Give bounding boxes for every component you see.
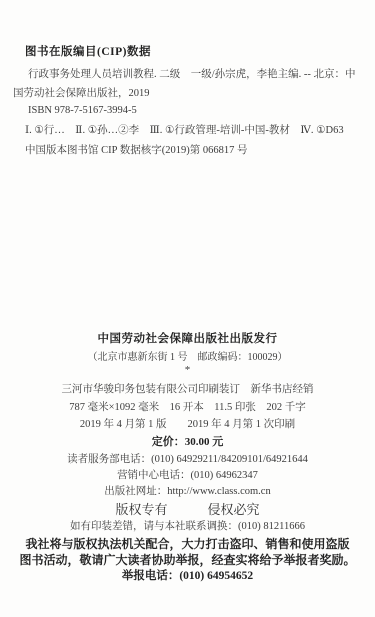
imprint-section: 中国劳动社会保障出版社出版发行 （北京市惠新东街 1 号 邮政编码：100029… <box>0 331 375 499</box>
piracy-warning-line-2: 图书活动，敬请广大读者协助举报，经查实将给予举报者奖励。 <box>0 552 375 568</box>
book-copyright-page: 图书在版编目(CIP)数据 行政事务处理人员培训教程. 二级 一级/孙宗虎，李艳… <box>0 0 375 617</box>
report-phone-line: 举报电话：(010) 64954652 <box>0 568 375 584</box>
reader-service-phone: 读者服务部电话：(010) 64929211/84209101/64921644 <box>0 452 375 467</box>
cip-record-line-2: 国劳动社会保障出版社，2019 <box>13 85 363 104</box>
cip-data-section: 图书在版编目(CIP)数据 行政事务处理人员培训教程. 二级 一级/孙宗虎，李艳… <box>0 0 375 158</box>
cip-record-number: 中国版本图书馆 CIP 数据核字(2019)第 066817 号 <box>25 143 363 158</box>
price-line: 定价：30.00 元 <box>0 435 375 450</box>
printer-distributor-line: 三河市华骏印务包装有限公司印刷装订 新华书店经销 <box>0 382 375 397</box>
piracy-warning-line-1: 我社将与版权执法机关配合，大力打击盗印、销售和使用盗版 <box>0 536 375 552</box>
cip-heading: 图书在版编目(CIP)数据 <box>25 45 363 60</box>
cip-record-line-1: 行政事务处理人员培训教程. 二级 一级/孙宗虎，李艳主编. -- 北京：中 <box>28 66 363 85</box>
publisher-website: 出版社网址：http://www.class.com.cn <box>0 484 375 499</box>
marketing-center-phone: 营销中心电话：(010) 64962347 <box>0 468 375 483</box>
cip-catalog-record: 行政事务处理人员培训教程. 二级 一级/孙宗虎，李艳主编. -- 北京：中 国劳… <box>13 66 363 103</box>
copyright-notice-section: 版权专有侵权必究 如有印装差错，请与本社联系调换：(010) 81211666 … <box>0 502 375 584</box>
publisher-address: （北京市惠新东街 1 号 邮政编码：100029） <box>0 351 375 364</box>
isbn-number: ISBN 978-7-5167-3994-5 <box>28 103 363 118</box>
book-format-line: 787 毫米×1092 毫米 16 开本 11.5 印张 202 千字 <box>0 400 375 415</box>
copyright-notice-left: 版权专有 <box>115 502 167 517</box>
copyright-notice: 版权专有侵权必究 <box>0 502 375 518</box>
edition-printing-line: 2019 年 4 月第 1 版 2019 年 4 月第 1 次印刷 <box>0 417 375 432</box>
cip-classification: Ⅰ. ①行… Ⅱ. ①孙…②李 Ⅲ. ①行政管理-培训-中国-教材 Ⅳ. ①D6… <box>25 123 363 138</box>
publisher-name: 中国劳动社会保障出版社出版发行 <box>0 331 375 348</box>
copyright-notice-right: 侵权必究 <box>208 502 260 517</box>
star-separator: * <box>0 364 375 376</box>
exchange-contact-line: 如有印装差错，请与本社联系调换：(010) 81211666 <box>0 519 375 534</box>
